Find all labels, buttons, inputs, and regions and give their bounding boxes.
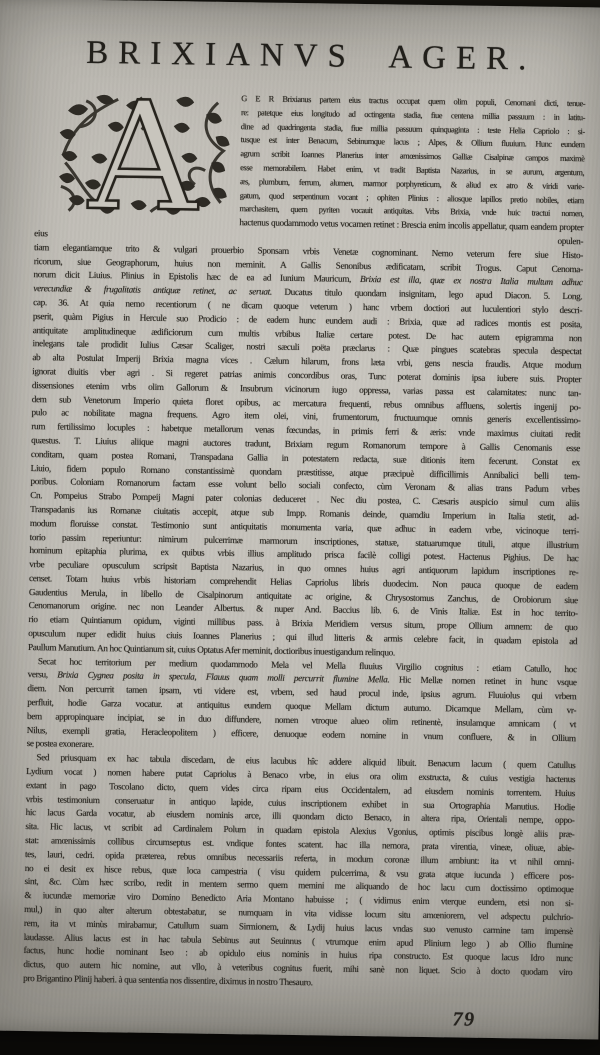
photo-frame: BRIXIANVS AGER. [0,0,600,1055]
page-content: BRIXIANVS AGER. [0,0,600,1040]
book-page: BRIXIANVS AGER. [0,0,600,1040]
foliage-ornament-icon: A [54,90,231,217]
text-block: A G E R Brixianus partem eius tractus oc… [23,89,585,994]
drop-cap-woodcut: A [54,90,231,217]
drop-cap-initial: A [87,90,201,217]
page-title: BRIXIANVS AGER. [37,32,587,80]
page-number: 79 [22,1002,571,1033]
